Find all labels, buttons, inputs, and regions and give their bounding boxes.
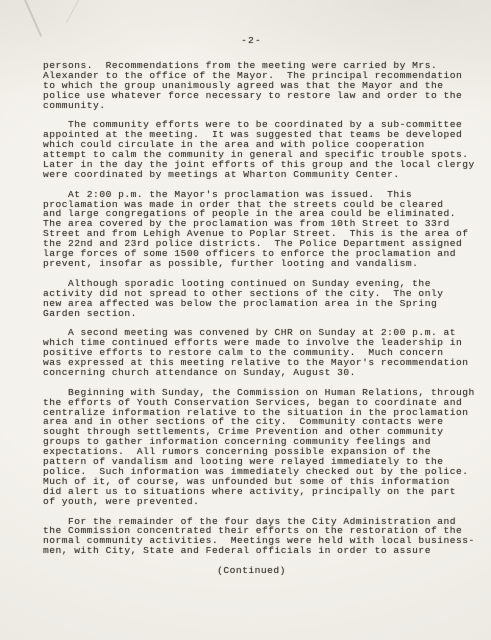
paragraph: A second meeting was convened by CHR on … [43, 328, 483, 378]
paragraph: persons. Recommendations from the meetin… [43, 61, 483, 111]
continued-note: (Continued) [43, 566, 460, 576]
paragraph: For the remainder of the four days the C… [43, 517, 483, 557]
paragraph: At 2:00 p.m. the Mayor's proclamation wa… [43, 190, 483, 269]
document-body: persons. Recommendations from the meetin… [43, 61, 483, 556]
page-number: -2- [43, 36, 460, 46]
paper-crease-mark [66, 0, 79, 23]
scanned-document-page: -2- persons. Recommendations from the me… [0, 0, 491, 640]
paper-crease-mark [24, 0, 42, 37]
paragraph: The community efforts were to be coordin… [43, 120, 483, 179]
paragraph: Although sporadic looting continued on S… [43, 279, 483, 319]
paragraph: Beginning with Sunday, the Commission on… [43, 388, 483, 507]
